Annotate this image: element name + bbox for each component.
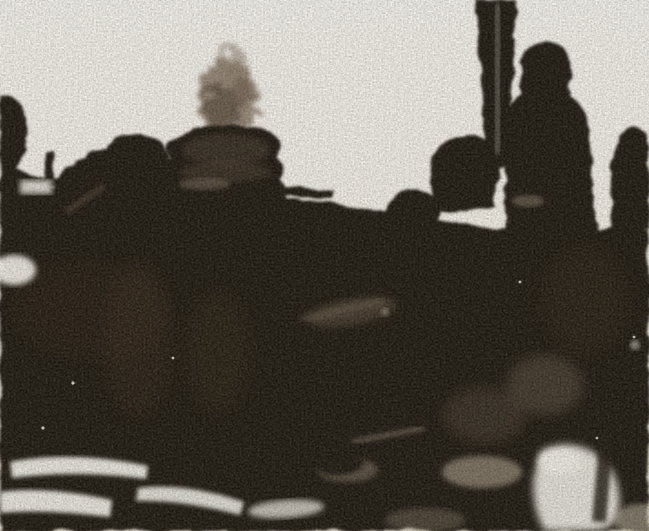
grain-light: [0, 0, 649, 531]
photograph: Grainy black-and-white wartime photograp…: [0, 0, 649, 531]
photo-canvas: Grainy black-and-white wartime photograp…: [0, 0, 649, 531]
